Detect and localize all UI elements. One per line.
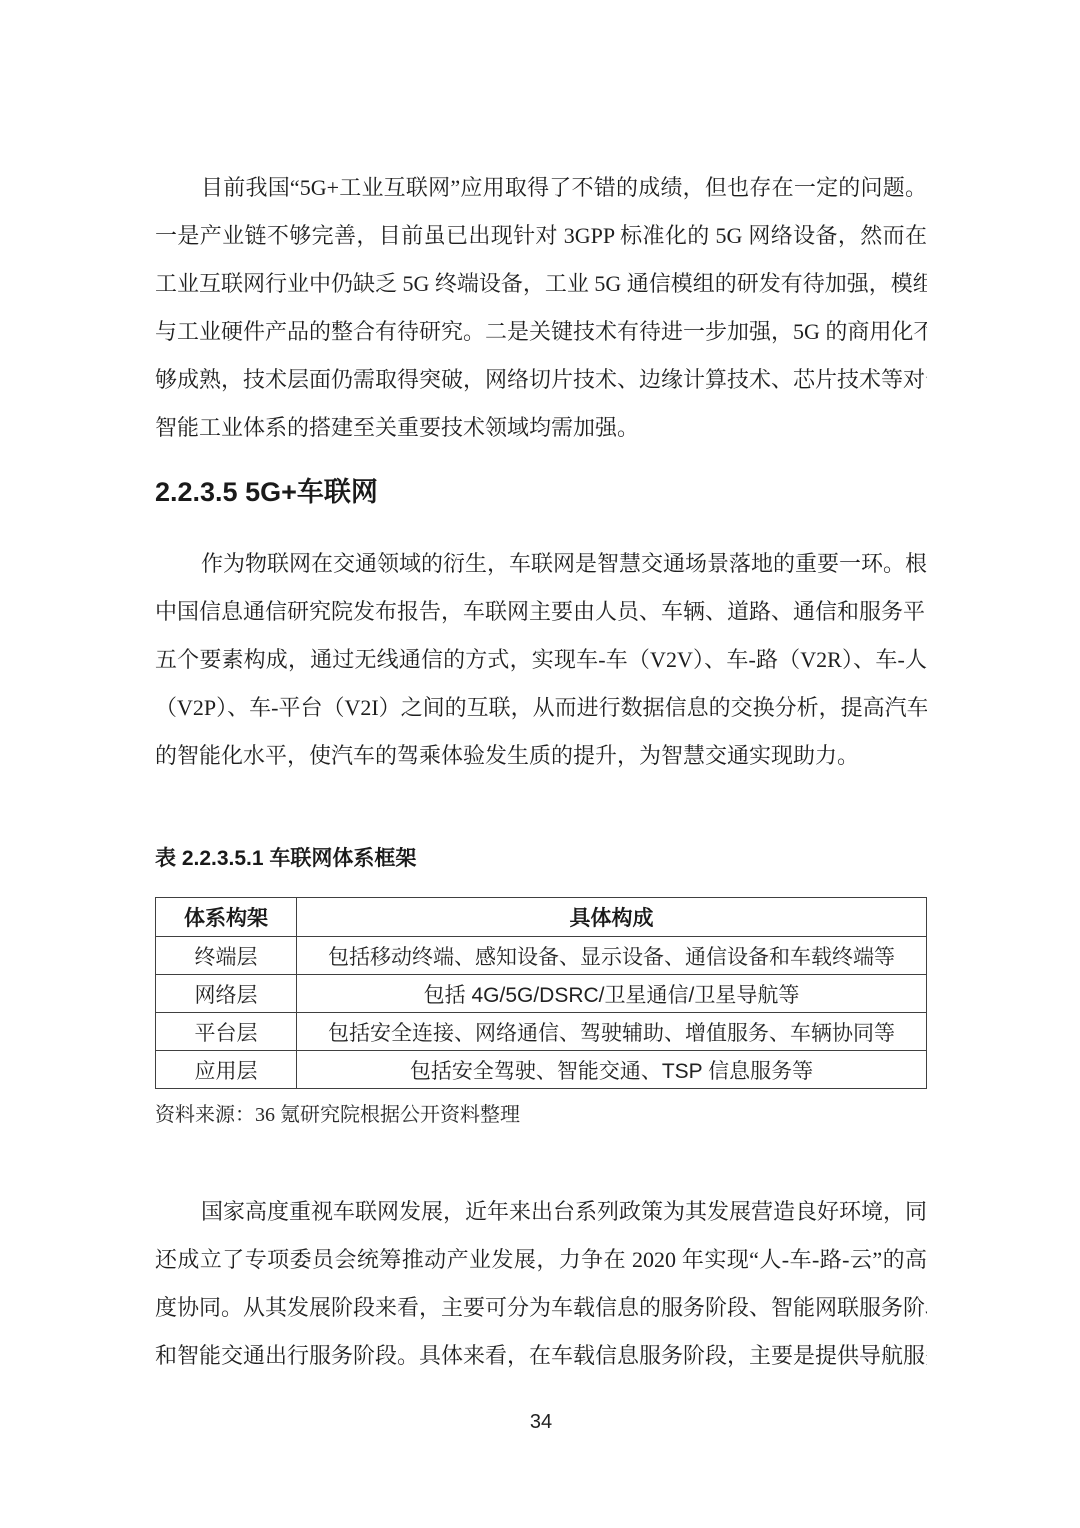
table-row: 终端层 包括移动终端、感知设备、显示设备、通信设备和车载终端等 — [156, 937, 927, 975]
body-paragraph-3: 国家高度重视车联网发展，近年来出台系列政策为其发展营造良好环境，同时 还成立了专… — [155, 1188, 927, 1380]
table-header-row: 体系构架 具体构成 — [156, 898, 927, 937]
body-paragraph-1: 目前我国“5G+工业互联网”应用取得了不错的成绩，但也存在一定的问题。 一是产业… — [155, 164, 927, 452]
source-note: 资料来源：36 氪研究院根据公开资料整理 — [155, 1102, 927, 1128]
paragraph-line: 国家高度重视车联网发展，近年来出台系列政策为其发展营造良好环境，同时 — [155, 1188, 927, 1236]
table-cell-layer: 终端层 — [156, 937, 297, 975]
table-cell-composition: 包括移动终端、感知设备、显示设备、通信设备和车载终端等 — [297, 937, 927, 975]
paragraph-line: 的智能化水平，使汽车的驾乘体验发生质的提升，为智慧交通实现助力。 — [155, 732, 927, 780]
body-paragraph-2: 作为物联网在交通领域的衍生，车联网是智慧交通场景落地的重要一环。根据 中国信息通… — [155, 540, 927, 780]
page-number: 34 — [155, 1410, 927, 1434]
paragraph-line: 五个要素构成，通过无线通信的方式，实现车-车（V2V）、车-路（V2R）、车-人 — [155, 636, 927, 684]
paragraph-line: 智能工业体系的搭建至关重要技术领域均需加强。 — [155, 404, 927, 452]
section-heading: 2.2.3.5 5G+车联网 — [155, 476, 927, 508]
table-header-architecture: 体系构架 — [156, 898, 297, 937]
framework-table: 体系构架 具体构成 终端层 包括移动终端、感知设备、显示设备、通信设备和车载终端… — [155, 897, 927, 1089]
paragraph-line: 目前我国“5G+工业互联网”应用取得了不错的成绩，但也存在一定的问题。 — [155, 164, 927, 212]
table-cell-composition: 包括安全连接、网络通信、驾驶辅助、增值服务、车辆协同等 — [297, 1013, 927, 1051]
table-row: 应用层 包括安全驾驶、智能交通、TSP 信息服务等 — [156, 1051, 927, 1089]
paragraph-line: 工业互联网行业中仍缺乏 5G 终端设备，工业 5G 通信模组的研发有待加强，模组 — [155, 260, 927, 308]
paragraph-line: 作为物联网在交通领域的衍生，车联网是智慧交通场景落地的重要一环。根据 — [155, 540, 927, 588]
table-caption: 表 2.2.3.5.1 车联网体系框架 — [155, 846, 927, 872]
table-cell-layer: 平台层 — [156, 1013, 297, 1051]
paragraph-line: 一是产业链不够完善，目前虽已出现针对 3GPP 标准化的 5G 网络设备，然而在 — [155, 212, 927, 260]
table-cell-composition: 包括 4G/5G/DSRC/卫星通信/卫星导航等 — [297, 975, 927, 1013]
paragraph-line: 中国信息通信研究院发布报告，车联网主要由人员、车辆、道路、通信和服务平台 — [155, 588, 927, 636]
document-page: 目前我国“5G+工业互联网”应用取得了不错的成绩，但也存在一定的问题。 一是产业… — [0, 0, 1080, 1528]
table-header-composition: 具体构成 — [297, 898, 927, 937]
table-cell-layer: 应用层 — [156, 1051, 297, 1089]
paragraph-line: 够成熟，技术层面仍需取得突破，网络切片技术、边缘计算技术、芯片技术等对于 — [155, 356, 927, 404]
table-row: 平台层 包括安全连接、网络通信、驾驶辅助、增值服务、车辆协同等 — [156, 1013, 927, 1051]
paragraph-line: （V2P）、车-平台（V2I）之间的互联，从而进行数据信息的交换分析，提高汽车 — [155, 684, 927, 732]
table-row: 网络层 包括 4G/5G/DSRC/卫星通信/卫星导航等 — [156, 975, 927, 1013]
paragraph-line: 度协同。从其发展阶段来看，主要可分为车载信息的服务阶段、智能网联服务阶段 — [155, 1284, 927, 1332]
table-cell-layer: 网络层 — [156, 975, 297, 1013]
paragraph-line: 还成立了专项委员会统筹推动产业发展，力争在 2020 年实现“人-车-路-云”的… — [155, 1236, 927, 1284]
paragraph-line: 和智能交通出行服务阶段。具体来看，在车载信息服务阶段，主要是提供导航服务、 — [155, 1332, 927, 1380]
table-cell-composition: 包括安全驾驶、智能交通、TSP 信息服务等 — [297, 1051, 927, 1089]
paragraph-line: 与工业硬件产品的整合有待研究。二是关键技术有待进一步加强，5G 的商用化不 — [155, 308, 927, 356]
